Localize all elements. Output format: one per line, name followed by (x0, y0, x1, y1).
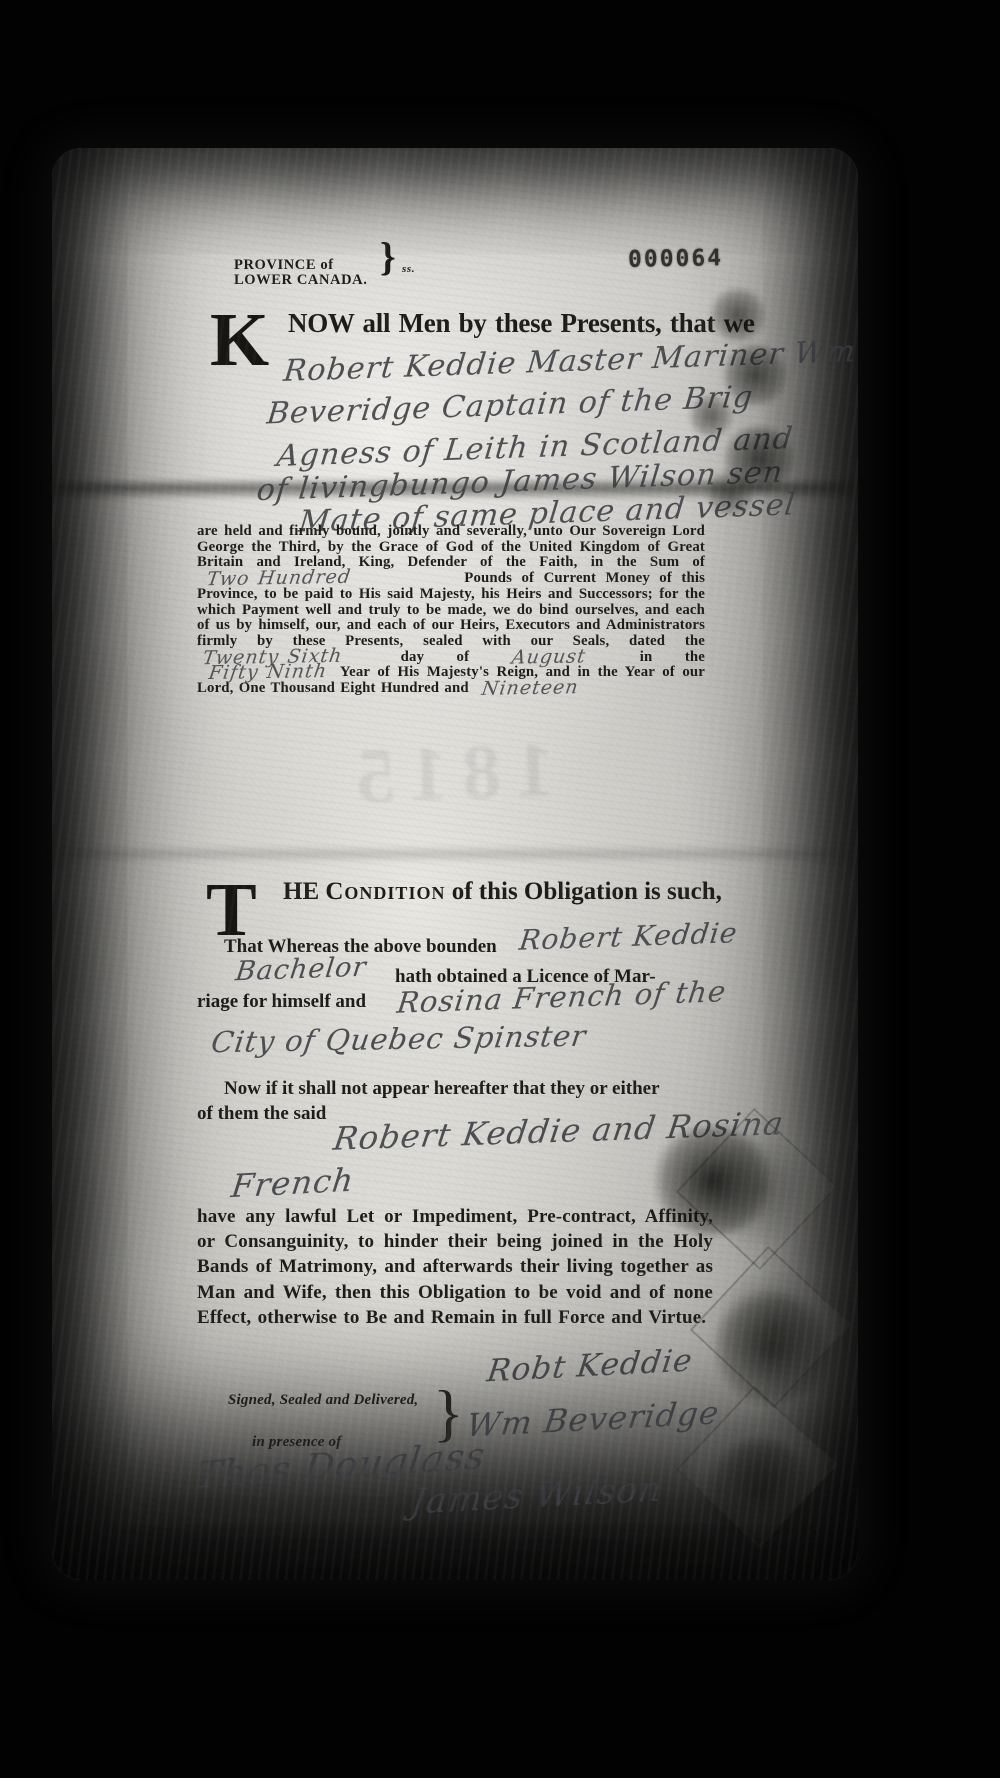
province-line2: LOWER CANADA. (234, 273, 367, 288)
seal-ink-smudge (702, 1438, 822, 1548)
handwritten-year: Nineteen (482, 687, 579, 689)
licence-line2: riage for himself and (197, 991, 366, 1013)
handwritten-reign-year: Fifty Ninth (209, 671, 327, 673)
now-line2: of them the said (197, 1103, 326, 1125)
province-caption: PROVINCE of LOWER CANADA. } ss. (234, 258, 367, 287)
handwritten-month: August (512, 656, 586, 657)
know-headline: NOW all Men by these Presents, that we (288, 308, 755, 339)
handwritten-parties-line2: Beveridge Captain of the Brig (265, 380, 755, 432)
microfilm-scan: 1815 PROVINCE of LOWER CANADA. } ss. 000… (0, 0, 1000, 1778)
bond-text-seg4: in the (640, 649, 705, 665)
handwritten-sum: Two Hundred (207, 577, 351, 580)
party2-signature: Wm Beveridge (465, 1393, 722, 1444)
ink-blot (720, 344, 790, 406)
province-brace: } (380, 250, 396, 265)
attestation-line1: Signed, Sealed and Delivered, (228, 1392, 418, 1409)
document-page: 1815 PROVINCE of LOWER CANADA. } ss. 000… (52, 148, 858, 1580)
bond-text-seg3: day of (401, 649, 470, 665)
handwritten-status: Bachelor (234, 952, 369, 988)
handwritten-bride-line2: City of Quebec Spinster (209, 1019, 589, 1060)
dropcap-t: T (206, 880, 257, 940)
faint-fold-crease (52, 846, 858, 862)
condition-headline-caps: Condition (325, 878, 445, 905)
bond-text-seg1: are held and firmly bound, jointly and s… (197, 523, 705, 570)
seal-ink-smudge (712, 1288, 832, 1408)
condition-headline: HE Condition of this Obligation is such, (283, 878, 722, 906)
dropcap-k: K (210, 310, 269, 370)
ss-abbreviation: ss. (402, 262, 415, 277)
handwritten-day: Twenty Sixth (203, 655, 343, 657)
condition-headline-post: of this Obligation is such, (445, 878, 721, 905)
ink-blot (708, 288, 768, 342)
handwritten-bounden-name: Robert Keddie (517, 916, 739, 957)
ink-blot (688, 394, 734, 438)
now-line1: Now if it shall not appear hereafter tha… (224, 1078, 660, 1100)
condition-headline-pre: HE (283, 878, 325, 905)
closing-paragraph: have any lawful Let or Impediment, Pre-c… (197, 1204, 713, 1330)
bond-paragraph: are held and firmly bound, jointly and s… (197, 524, 705, 697)
bleed-through-ghost-text: 1815 (340, 724, 555, 821)
party1-signature: Robt Keddie (485, 1343, 695, 1390)
province-line1: PROVINCE of (234, 258, 367, 273)
ink-blot (704, 470, 756, 516)
handwritten-parties-repeat-line2: French (229, 1161, 356, 1205)
seal-ink-smudge (648, 1126, 778, 1236)
film-frame-number: 000064 (628, 245, 724, 273)
